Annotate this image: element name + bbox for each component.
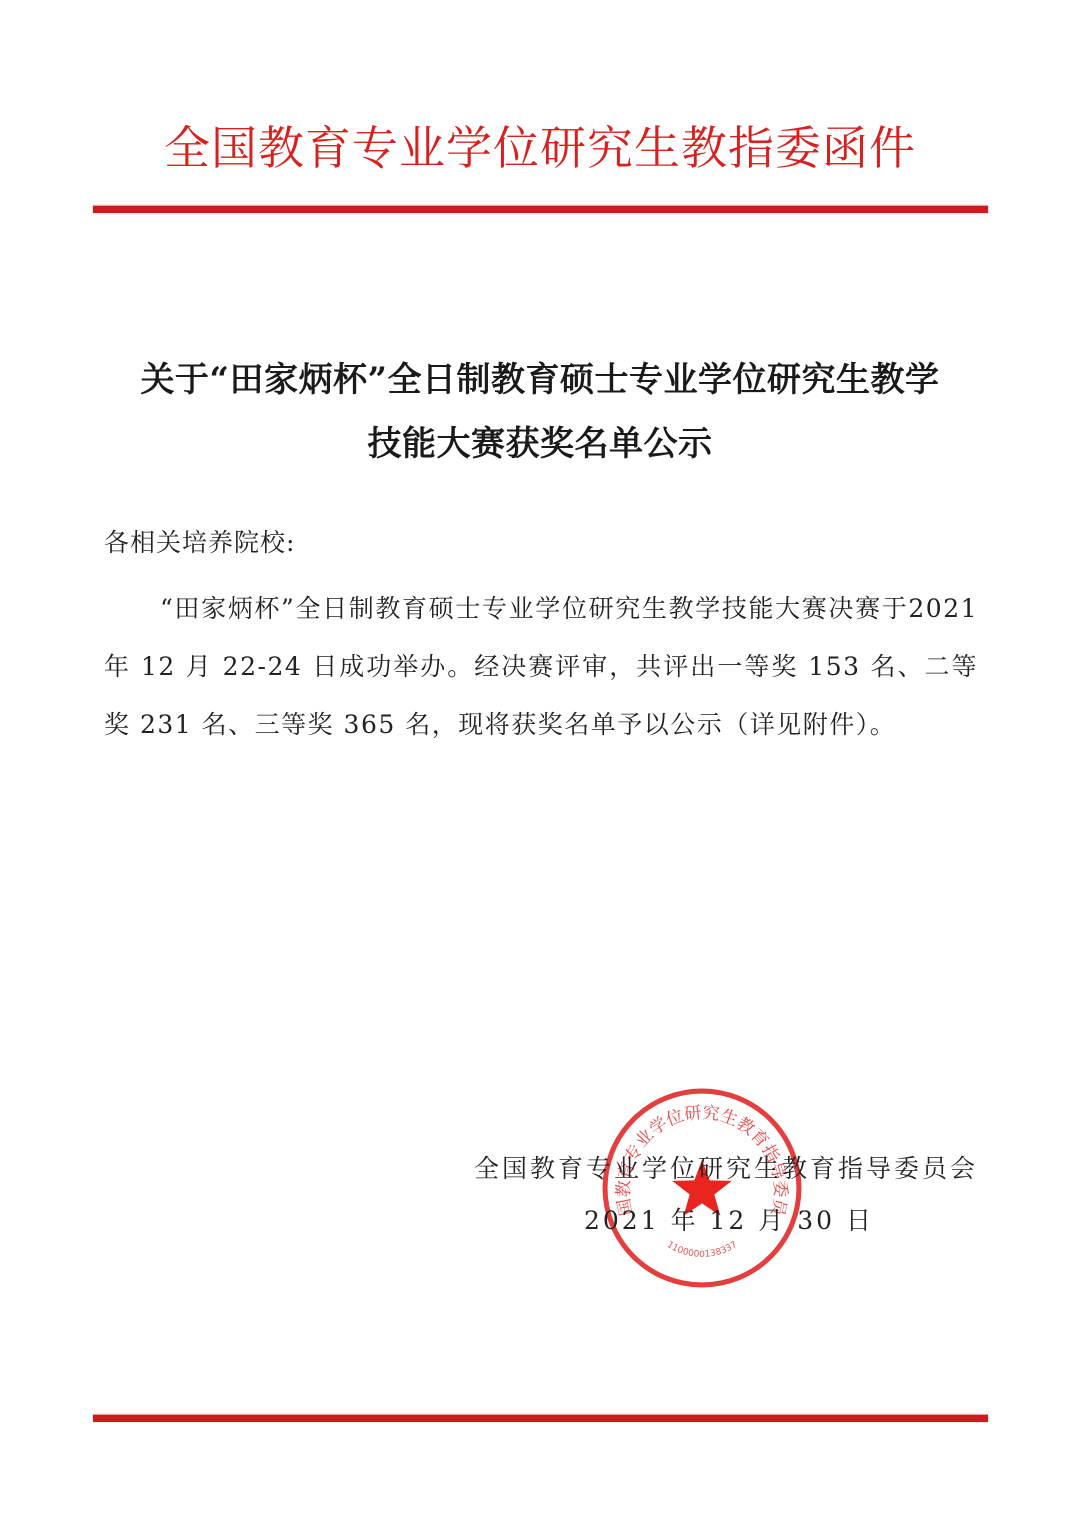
document-title-line-1: 关于“田家炳杯”全日制教育硕士专业学位研究生教学 (100, 348, 980, 412)
body-paragraph: “田家炳杯”全日制教育硕士专业学位研究生教学技能大赛决赛于2021 年 12 月… (104, 580, 978, 754)
document-title: 关于“田家炳杯”全日制教育硕士专业学位研究生教学 技能大赛获奖名单公示 (100, 348, 980, 476)
letterhead-title: 全国教育专业学位研究生教指委函件 (0, 118, 1080, 178)
salutation: 各相关培养院校: (104, 523, 295, 563)
signature-date: 2021 年 12 月 30 日 (470, 1195, 978, 1247)
letterhead-divider-top (93, 205, 988, 213)
signature-block: 全国教育专业学位研究生教育指导委员会 2021 年 12 月 30 日 (470, 1143, 978, 1247)
document-title-line-2: 技能大赛获奖名单公示 (100, 412, 980, 476)
footer-divider (93, 1414, 988, 1422)
signature-organization: 全国教育专业学位研究生教育指导委员会 (470, 1143, 978, 1195)
